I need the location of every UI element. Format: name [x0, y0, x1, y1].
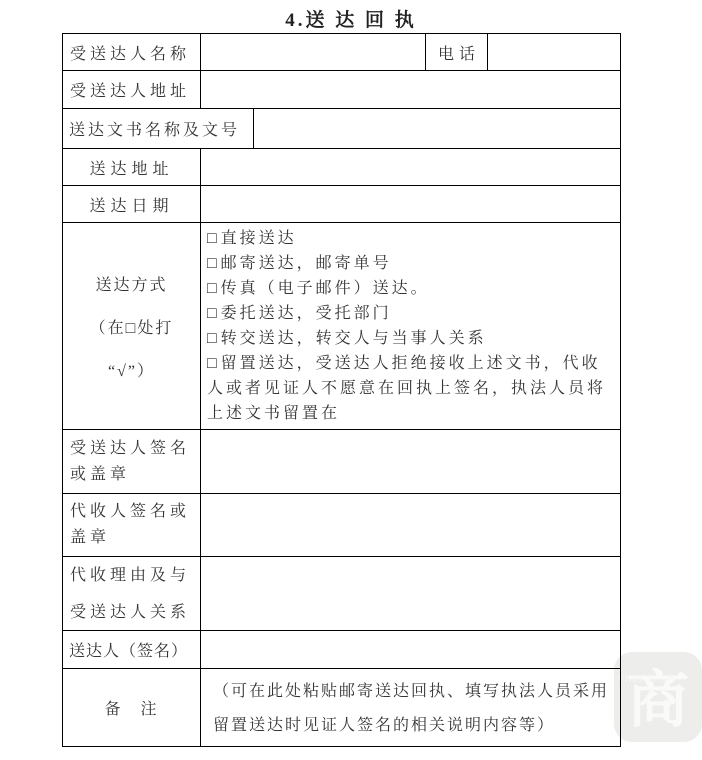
checkbox-option-fax[interactable]: □传真（电子邮件）送达。: [207, 276, 614, 301]
document-name-label: 送达文书名称及文号: [63, 109, 254, 149]
checkbox-icon: □: [207, 255, 220, 272]
checkbox-icon: □: [207, 330, 220, 347]
server-signature-label: 送达人（签名）: [63, 631, 201, 669]
row-recipient-address: 受送达人地址: [63, 71, 621, 109]
row-remarks: 备 注 （可在此处粘贴邮寄送达回执、填写执法人员采用留置送达时见证人签名的相关说…: [63, 669, 621, 747]
recipient-name-label: 受送达人名称: [63, 34, 201, 71]
agent-signature-input[interactable]: [201, 494, 621, 557]
agent-signature-label: 代收人签名或盖章: [63, 494, 201, 557]
recipient-name-input[interactable]: [201, 34, 426, 71]
recipient-address-label: 受送达人地址: [63, 71, 201, 109]
row-delivery-method: 送达方式 （在□处打 “√”） □直接送达 □邮寄送达，邮寄单号 □传真（电子邮…: [63, 223, 621, 430]
watermark-logo: YN21ST.CN 商: [614, 652, 702, 742]
watermark-text: YN21ST.CN: [618, 674, 676, 684]
row-document-name: 送达文书名称及文号: [63, 109, 621, 149]
row-recipient-name: 受送达人名称 电话: [63, 34, 621, 71]
remarks-note: （可在此处粘贴邮寄送达回执、填写执法人员采用留置送达时见证人签名的相关说明内容等…: [201, 669, 621, 747]
phone-input[interactable]: [488, 34, 621, 71]
row-agent-signature: 代收人签名或盖章: [63, 494, 621, 557]
row-recipient-signature: 受送达人签名或盖章: [63, 430, 621, 494]
checkbox-icon: □: [207, 305, 220, 322]
delivery-method-options: □直接送达 □邮寄送达，邮寄单号 □传真（电子邮件）送达。 □委托送达，受托部门…: [201, 223, 621, 430]
agent-reason-label: 代收理由及与 受送达人关系: [63, 557, 201, 631]
checkbox-option-forward[interactable]: □转交送达，转交人与当事人关系: [207, 326, 614, 351]
checkbox-option-entrust[interactable]: □委托送达，受托部门: [207, 301, 614, 326]
delivery-address-label: 送达地址: [63, 149, 201, 186]
recipient-address-input[interactable]: [201, 71, 621, 109]
remarks-label: 备 注: [63, 669, 201, 747]
page-title: 4.送 达 回 执: [0, 5, 702, 32]
checkbox-icon: □: [207, 230, 220, 247]
row-delivery-address: 送达地址: [63, 149, 621, 186]
delivery-date-input[interactable]: [201, 186, 621, 223]
agent-reason-input[interactable]: [201, 557, 621, 631]
document-name-input[interactable]: [254, 109, 621, 149]
phone-label: 电话: [426, 34, 488, 71]
row-server-signature: 送达人（签名）: [63, 631, 621, 669]
server-signature-input[interactable]: [201, 631, 621, 669]
recipient-signature-input[interactable]: [201, 430, 621, 494]
checkbox-icon: □: [207, 280, 220, 297]
checkbox-option-direct[interactable]: □直接送达: [207, 226, 614, 251]
delivery-method-label: 送达方式 （在□处打 “√”）: [63, 223, 201, 430]
recipient-signature-label: 受送达人签名或盖章: [63, 430, 201, 494]
form-table: 受送达人名称 电话 受送达人地址 送达文书名称及文号 送达地址 送达日期 送达方…: [62, 33, 621, 747]
row-agent-reason: 代收理由及与 受送达人关系: [63, 557, 621, 631]
delivery-address-input[interactable]: [201, 149, 621, 186]
checkbox-option-lien[interactable]: □留置送达，受送达人拒绝接收上述文书，代收人或者见证人不愿意在回执上签名，执法人…: [207, 351, 614, 426]
checkbox-option-mail[interactable]: □邮寄送达，邮寄单号: [207, 251, 614, 276]
row-delivery-date: 送达日期: [63, 186, 621, 223]
delivery-date-label: 送达日期: [63, 186, 201, 223]
checkbox-icon: □: [207, 355, 220, 372]
